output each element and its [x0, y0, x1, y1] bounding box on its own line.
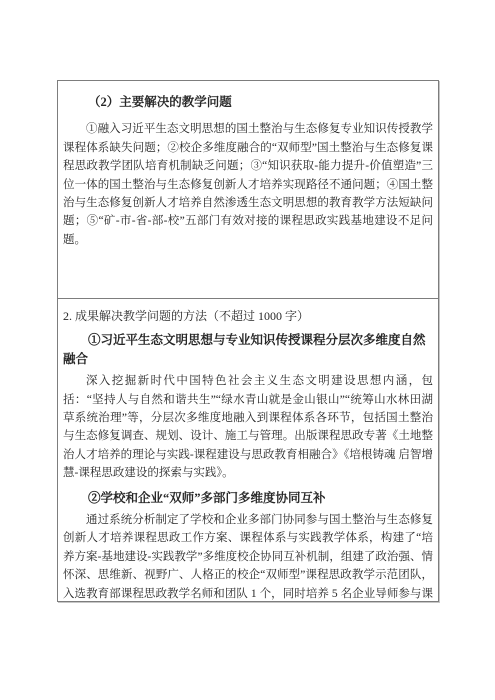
document-page: （2）主要解决的教学问题 ①融入习近平生态文明思想的国土整治与生态修复专业知识传…	[0, 0, 495, 700]
subsection-1-paragraph: 深入挖掘新时代中国特色社会主义生态文明建设思想内涵，包括：“坚持人与自然和谐共生…	[63, 372, 433, 482]
solution-methods-heading: 2. 成果解决教学问题的方法（不超过 1000 字）	[63, 307, 433, 325]
subsection-1-heading: ①习近平生态文明思想与专业知识传授课程分层次多维度自然融合	[63, 331, 433, 368]
teaching-problems-paragraph: ①融入习近平生态文明思想的国土整治与生态修复专业知识传授教学课程体系缺失问题；②…	[63, 120, 433, 249]
subsection-2-heading: ②学校和企业“双师”多部门多维度协同互补	[63, 489, 433, 507]
cell-teaching-problems: （2）主要解决的教学问题 ①融入习近平生态文明思想的国土整治与生态修复专业知识传…	[58, 81, 438, 299]
form-table: （2）主要解决的教学问题 ①融入习近平生态文明思想的国土整治与生态修复专业知识传…	[57, 80, 439, 602]
teaching-problems-heading: （2）主要解决的教学问题	[63, 93, 433, 111]
cell-solution-methods: 2. 成果解决教学问题的方法（不超过 1000 字） ①习近平生态文明思想与专业…	[58, 299, 438, 601]
subsection-2-paragraph: 通过系统分析制定了学校和企业多部门协同参与国土整治与生态修复创新人才培养课程思政…	[63, 511, 433, 601]
